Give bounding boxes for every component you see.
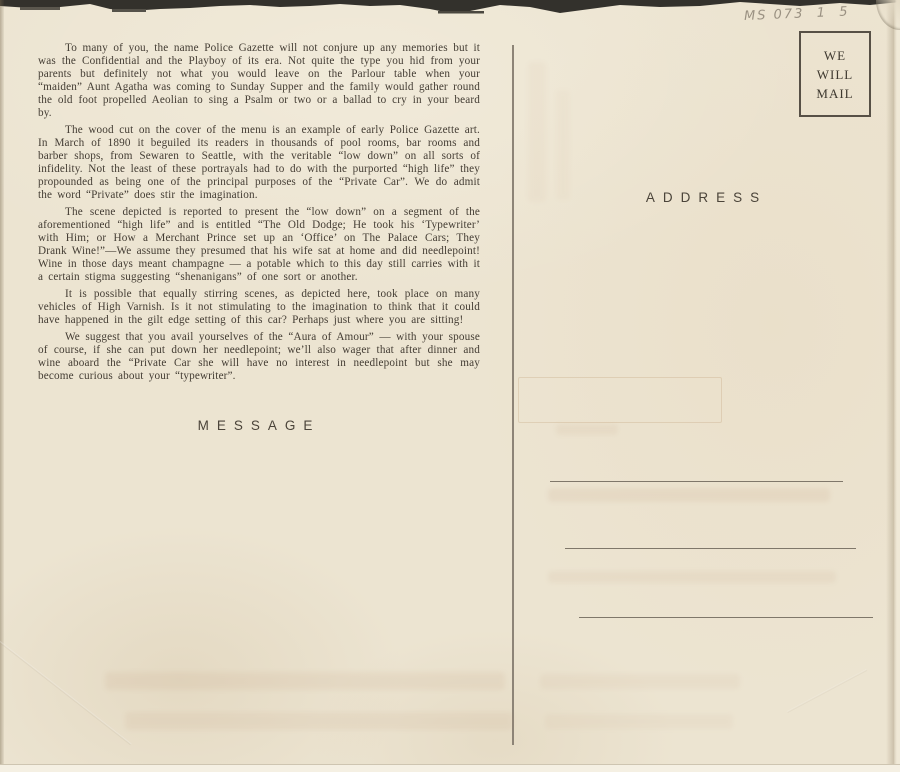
address-rule-line: [565, 548, 856, 549]
crease-mark: [787, 669, 867, 713]
message-paragraph: To many of you, the name Police Gazette …: [38, 42, 480, 120]
card-left-edge: [0, 0, 4, 772]
bleed-through-mark: [556, 424, 618, 435]
bleed-through-mark: [540, 674, 740, 689]
bleed-through-mark: [548, 571, 836, 583]
bleed-through-mark: [125, 712, 513, 730]
center-divider-line: [512, 45, 514, 745]
message-label: MESSAGE: [38, 418, 480, 433]
card-right-edge: [886, 0, 900, 772]
message-text: To many of you, the name Police Gazette …: [38, 42, 480, 387]
message-paragraph: The wood cut on the cover of the menu is…: [38, 124, 480, 202]
bleed-through-mark: [548, 488, 830, 502]
address-label: ADDRESS: [513, 190, 900, 205]
address-rule-line: [550, 481, 843, 482]
mail-box-line: WILL: [817, 68, 853, 81]
bleed-through-mark: [105, 672, 505, 690]
bleed-through-box: [518, 377, 722, 423]
bleed-through-mark: [528, 62, 546, 202]
bleed-through-mark: [545, 714, 733, 729]
bleed-through-mark: [556, 90, 570, 200]
mail-box-line: MAIL: [816, 87, 853, 100]
postcard-scan: MS 073 1 5 WE WILL MAIL To many of you, …: [0, 0, 900, 772]
message-paragraph: We suggest that you avail yourselves of …: [38, 331, 480, 383]
message-paragraph: The scene depicted is reported to presen…: [38, 206, 480, 284]
mail-box-line: WE: [824, 49, 846, 62]
we-will-mail-box: WE WILL MAIL: [799, 31, 871, 117]
address-rule-line: [579, 617, 873, 618]
card-bottom-edge: [0, 764, 900, 772]
message-paragraph: It is possible that equally stirring sce…: [38, 288, 480, 327]
